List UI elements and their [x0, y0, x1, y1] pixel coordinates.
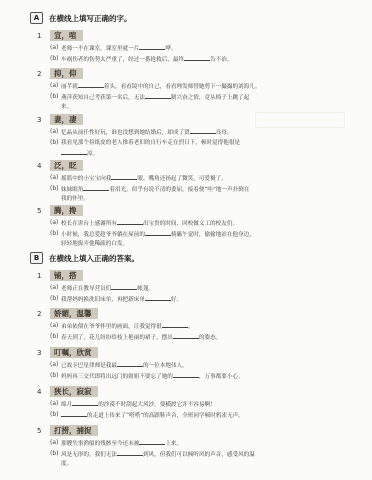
section-a-header: A 在横线上填写正确的字。 [30, 12, 132, 24]
sentence-a: (a)摇篮中的小宝宝向我眼，嘴角还扬起了微笑，可爱极了。 [37, 173, 357, 184]
sentence-b: (b)车祸伤者的伤势太严重了，经过一番抢救后，最终告不治。 [37, 54, 357, 65]
question-number: 1 [37, 32, 50, 40]
answer-blank[interactable] [111, 173, 137, 180]
word-choices: 腾，搀 [50, 205, 83, 216]
word-choices: 抑，仰 [50, 68, 83, 79]
sentence-a: (a)绵月的沙漠不时刮起大风沙，要横渡它并不容易啊！ [37, 399, 357, 410]
question-b3: 3叮嘱，欣赏 (a)已故卡巴星律师是我最的一位本地伟人。 (b)妈妈再三交代即将… [37, 347, 357, 382]
question-number: 2 [37, 70, 50, 78]
sentence-b: (b)的走道上传来了“嗒嗒”的高跟鞋声音，全班同学顿时鸦雀无声。 [37, 410, 357, 421]
sentence-b: (b)春天到了，花儿纷纷给枝上艳丽的裙子，摆出的姿态。 [37, 332, 357, 343]
section-b-badge: B [30, 252, 43, 264]
sentence-a: (a)老师一不在课室，课室里就一片哗。 [37, 43, 357, 54]
word-choices: 铺，搭 [50, 270, 83, 281]
word-choices: 妻，凄 [50, 114, 83, 125]
section-a-badge: A [30, 12, 43, 24]
answer-blank[interactable] [145, 229, 171, 236]
word-choices: 宣，喧 [50, 30, 83, 41]
question-number: 3 [37, 116, 50, 124]
answer-blank[interactable] [78, 81, 104, 88]
word-choices: 打捞，捕捉 [50, 425, 98, 436]
answer-blank[interactable] [184, 54, 210, 61]
section-a-instruction: 在横线上填写正确的字。 [49, 13, 132, 24]
worksheet-page: A 在横线上填写正确的字。 1宣，喧 (a)老师一不在课室，课室里就一片哗。 (… [0, 0, 372, 480]
sentence-b: (b)小时候，我总爱趁爷爷躺在屋前的椅瞌午觉时，偷偷地站在他身边， [37, 229, 357, 240]
answer-blank[interactable] [117, 360, 143, 367]
section-b-instruction: 在横线上填入正确的答案。 [49, 253, 139, 264]
answer-blank[interactable] [173, 332, 199, 339]
answer-blank[interactable] [139, 438, 165, 445]
question-b4: 4狭长，寂寂 (a)绵月的沙漠不时刮起大风沙，要横渡它并不容易啊！ (b)的走道… [37, 386, 357, 421]
question-b2: 2娇媚，温馨 (a)弟弟依偎在爷爷怀里的画面，让我觉得很。 (b)春天到了，花儿… [37, 308, 357, 343]
question-a4: 4泛，眨 (a)摇篮中的小宝宝向我眼，嘴角还扬起了微笑，可爱极了。 (b)妹妹眼… [37, 160, 357, 204]
sentence-b: (b)燕萍获知自己考获第一名后，无法制兴奋之情，竟从椅子上跳了起 [37, 92, 357, 103]
answer-blank[interactable] [61, 410, 87, 417]
question-number: 4 [37, 388, 50, 396]
sentence-a: (a)校长在讲台上感谢所有出宝贵的时间，回校做义工的校友们。 [37, 218, 357, 229]
answer-blank[interactable] [162, 321, 188, 328]
sentence-a: (a)已故卡巴星律师是我最的一位本地伟人。 [37, 360, 357, 371]
question-number: 5 [37, 207, 50, 215]
question-a2: 2抑，仰 (a)丽芊就着头，看看镜中的自己，看看理发师替她剪下一撮撮的刘海儿。 … [37, 68, 357, 112]
answer-blank[interactable] [117, 449, 143, 456]
sentence-a: (a)老师正在教导营员们帐篷。 [37, 283, 357, 294]
sentence-a: (a)忆晶从前任性好玩，谁也没想到她结婚后，却成了贤良母。 [37, 127, 357, 138]
question-a3: 3妻，凄 (a)忆晶从前任性好玩，谁也没想到她结婚后，却成了贤良母。 (b)我看… [37, 114, 357, 159]
answer-blank[interactable] [145, 92, 171, 99]
sentence-b: (b)妹妹眼角着泪光，似乎有说不清的委屈，接着便“哇”地一声扑倒在 [37, 184, 357, 195]
question-number: 3 [37, 349, 50, 357]
sentence-b: (b)我帮妈妈换洗旧床单，再把新床单好。 [37, 294, 357, 305]
answer-blank[interactable] [173, 371, 199, 378]
sentence-a: (a)丽芊就着头，看看镜中的自己，看看理发师替她剪下一撮撮的刘海儿。 [37, 81, 357, 92]
word-choices: 狭长，寂寂 [50, 386, 98, 397]
question-number: 4 [37, 162, 50, 170]
sentence-b: (b)风是无形的，我们无法到风，但我们可以倾听风的声音，感受风的温 [37, 449, 357, 460]
answer-blank[interactable] [61, 148, 87, 155]
word-choices: 娇媚，温馨 [50, 308, 98, 319]
word-choices: 叮嘱，欣赏 [50, 347, 98, 358]
question-number: 2 [37, 310, 50, 318]
word-choices: 泛，眨 [50, 160, 83, 171]
question-b1: 1铺，搭 (a)老师正在教导营员们帐篷。 (b)我帮妈妈换洗旧床单，再把新床单好… [37, 270, 357, 305]
answer-blank[interactable] [117, 218, 143, 225]
section-b-header: B 在横线上填入正确的答案。 [30, 252, 139, 264]
question-number: 1 [37, 272, 50, 280]
answer-blank[interactable] [139, 43, 165, 50]
question-a5: 5腾，搀 (a)校长在讲台上感谢所有出宝贵的时间，回校做义工的校友们。 (b)小… [37, 205, 357, 249]
question-a1: 1宣，喧 (a)老师一不在课室，课室里就一片哗。 (b)车祸伤者的伤势太严重了，… [37, 30, 357, 65]
answer-blank[interactable] [190, 127, 216, 134]
answer-blank[interactable] [145, 294, 171, 301]
answer-blank[interactable] [83, 184, 109, 191]
answer-blank[interactable] [111, 283, 137, 290]
sentence-a: (a)那艘失事渔船的残骸至今还未被上来。 [37, 438, 357, 449]
question-b5: 5打捞，捕捉 (a)那艘失事渔船的残骸至今还未被上来。 (b)风是无形的，我们无… [37, 425, 357, 469]
answer-blank[interactable] [72, 399, 98, 406]
sentence-b: (b)我看见那个捡纸皮的老人推着老旧的自行车走在烈日下，顿时觉得他很是 [37, 138, 357, 148]
sentence-a: (a)弟弟依偎在爷爷怀里的画面，让我觉得很。 [37, 321, 357, 332]
sentence-b: (b)妈妈再三交代即将出远门的姐姐不要忘了她的，万事都要小心。 [37, 371, 357, 382]
question-number: 5 [37, 427, 50, 435]
